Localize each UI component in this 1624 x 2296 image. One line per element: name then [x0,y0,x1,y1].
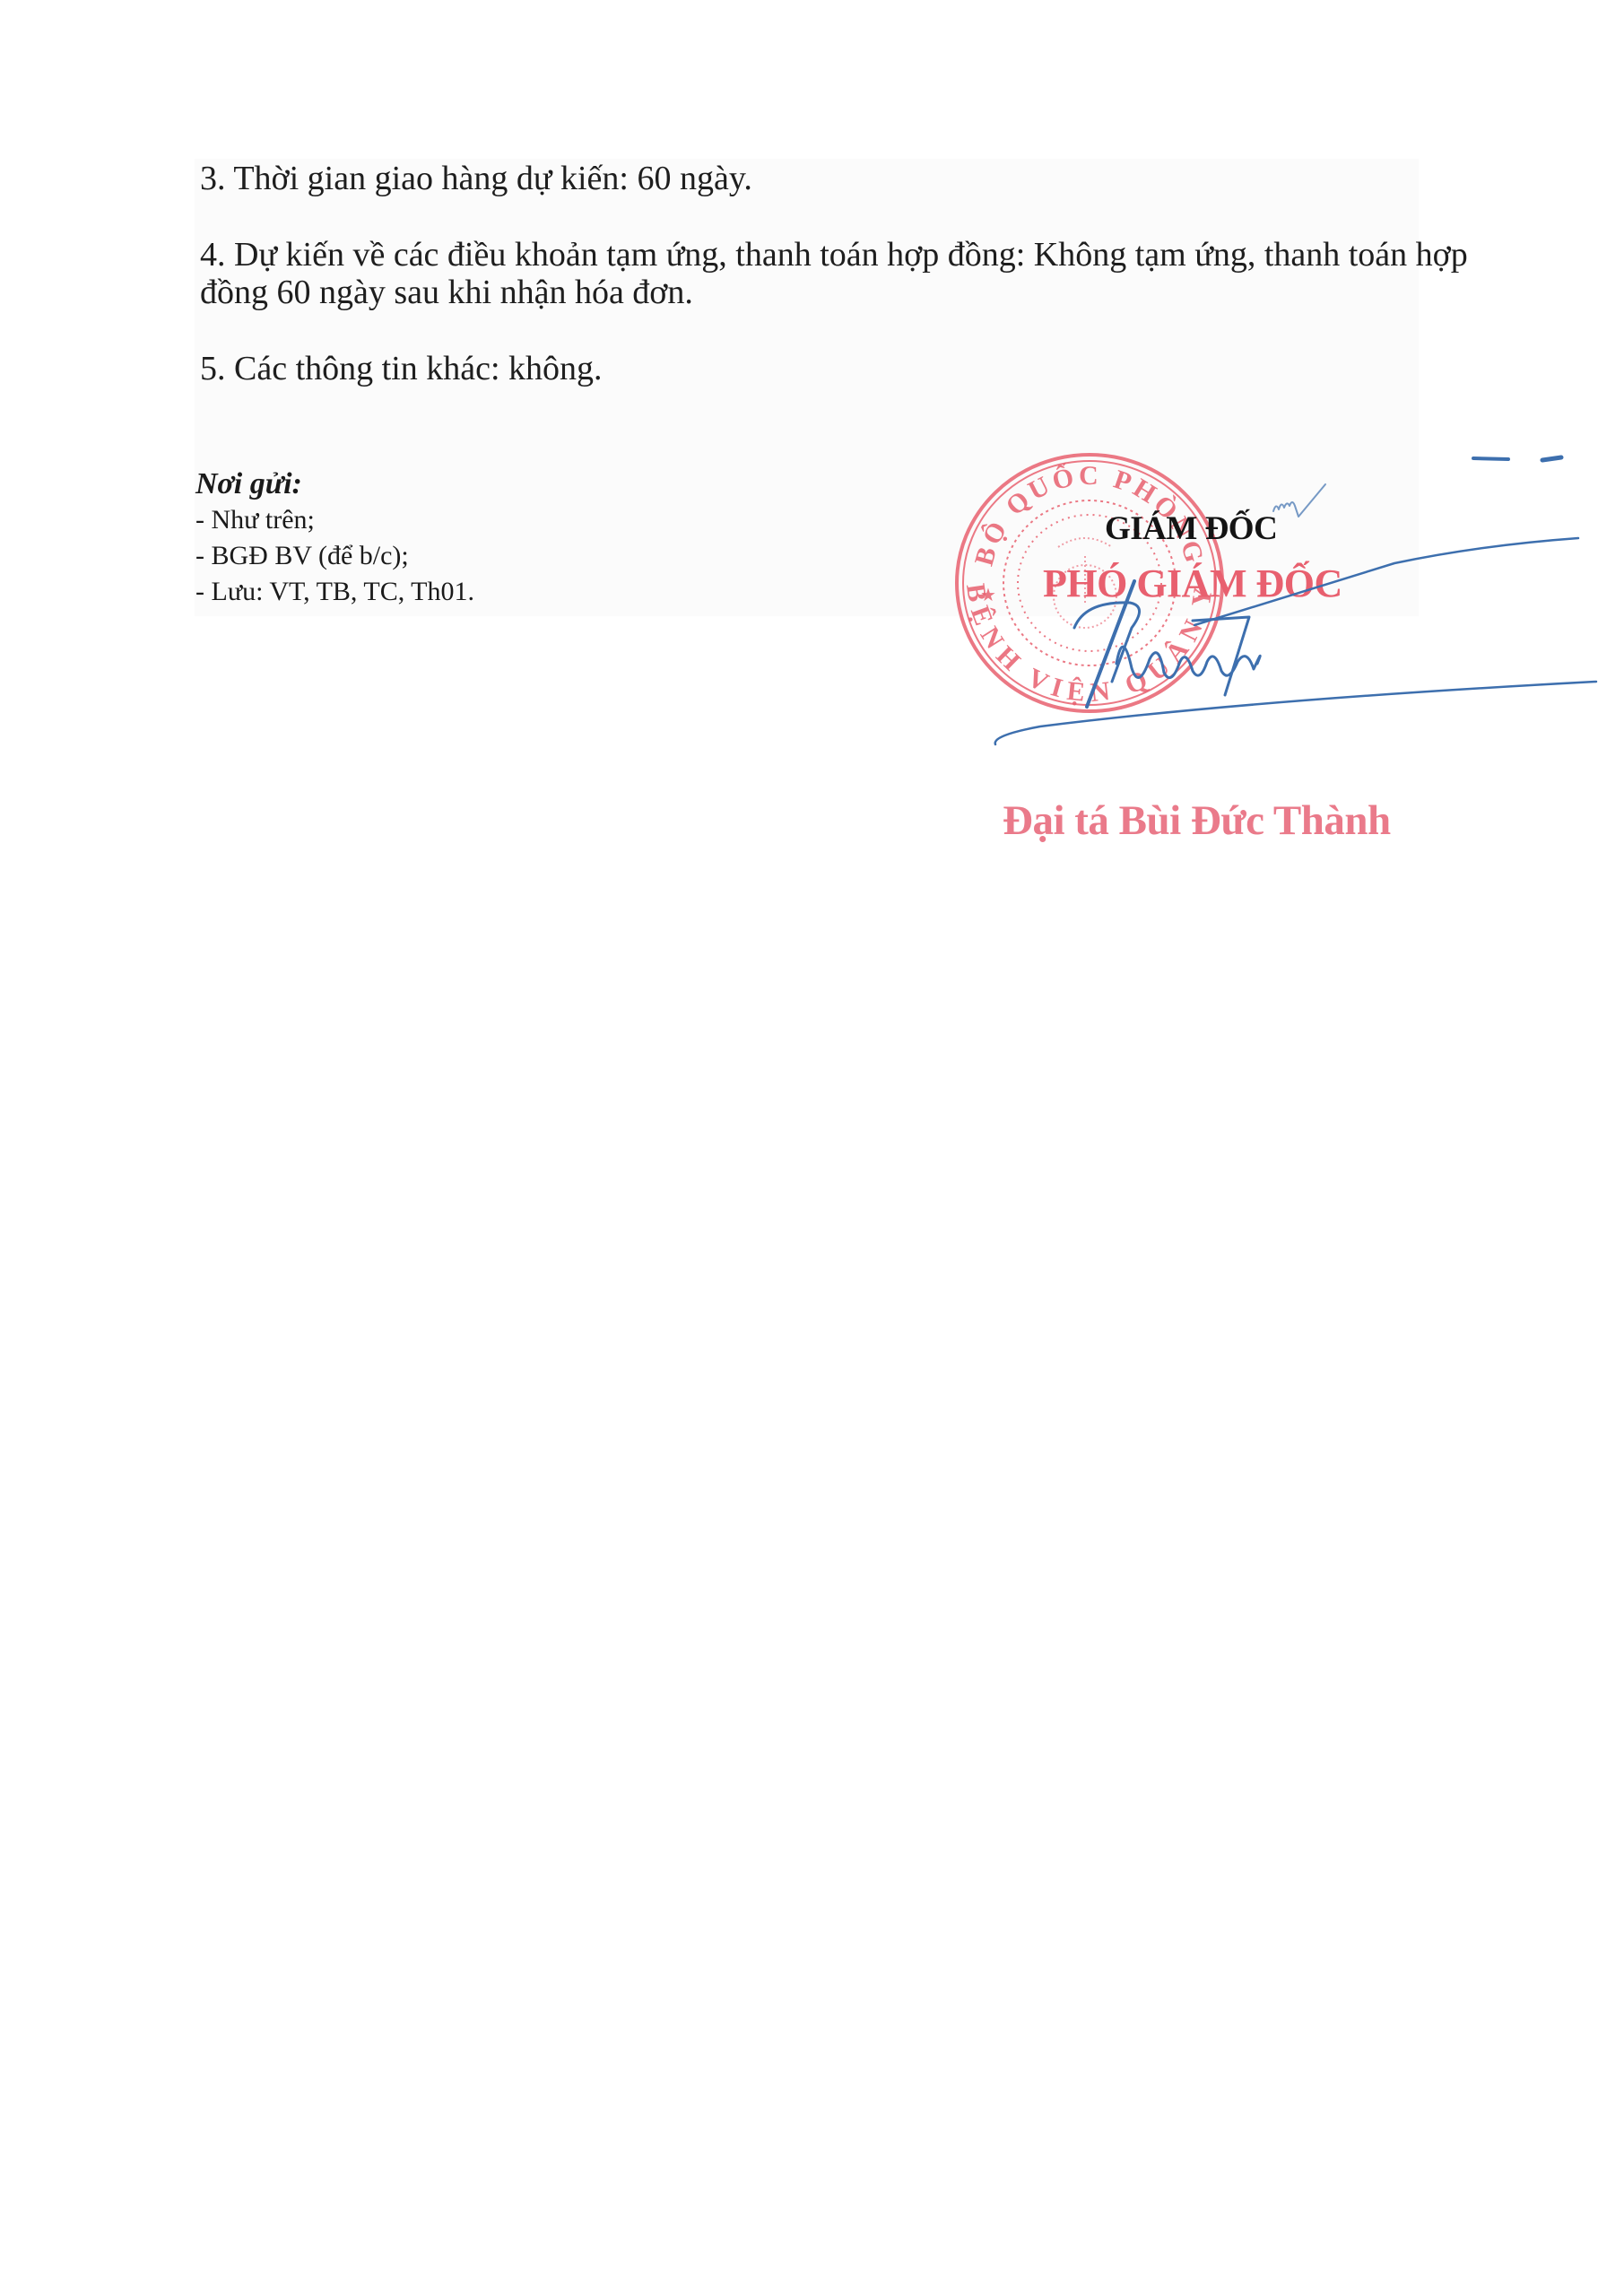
item-payment-terms-line1: 4. Dự kiến về các điều khoản tạm ứng, th… [200,236,1468,274]
recipient-item: - Lưu: VT, TB, TC, Th01. [195,574,474,610]
deputy-director-title: PHÓ GIÁM ĐỐC [1043,561,1342,606]
director-title: GIÁM ĐỐC [1105,509,1277,548]
recipients-block: Nơi gửi: - Như trên; - BGĐ BV (để b/c); … [195,466,474,610]
svg-text:★: ★ [980,584,996,605]
signer-name: Đại tá Bùi Đức Thành [1003,796,1391,845]
recipients-title: Nơi gửi: [195,466,474,502]
recipient-item: - BGĐ BV (để b/c); [195,538,474,574]
item-payment-terms-line2: đồng 60 ngày sau khi nhận hóa đơn. [200,274,693,311]
item-delivery-time: 3. Thời gian giao hàng dự kiến: 60 ngày. [200,160,752,197]
recipient-item: - Như trên; [195,502,474,538]
item-other-info: 5. Các thông tin khác: không. [200,350,603,387]
